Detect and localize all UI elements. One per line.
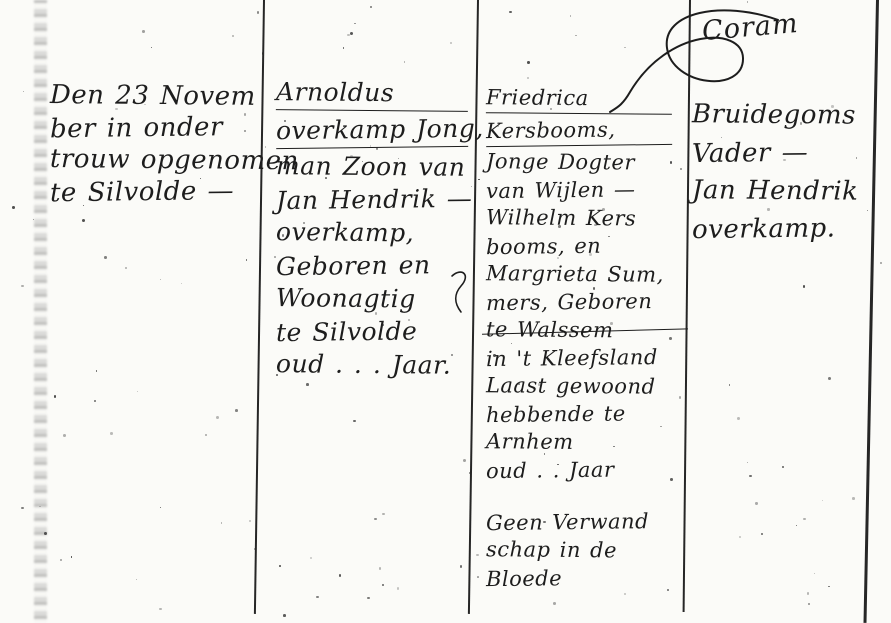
scan-speck: [463, 459, 466, 462]
scan-speck: [282, 234, 285, 237]
scan-speck: [803, 285, 805, 287]
scan-speck: [679, 396, 681, 398]
handwritten-line: Wilhelm Kers: [486, 203, 672, 233]
document-page: Den 23 November in ondertrouw opgenoment…: [0, 0, 891, 623]
scan-speck: [610, 322, 613, 325]
scan-speck: [426, 369, 428, 371]
scan-speck: [249, 520, 251, 522]
scan-speck: [181, 283, 183, 285]
scan-speck: [749, 475, 751, 477]
handwritten-line: te Silvolde —: [50, 175, 265, 210]
scan-speck: [796, 525, 797, 526]
scan-speck: [460, 565, 462, 567]
handwritten-line: mers, Geboren: [486, 287, 672, 317]
scan-speck: [137, 391, 138, 392]
scan-speck: [729, 384, 730, 385]
scan-speck: [63, 434, 66, 437]
scan-speck: [370, 6, 372, 8]
scan-speck: [737, 417, 740, 420]
handwritten-line: Bloede: [486, 563, 672, 593]
scan-speck: [553, 602, 556, 605]
scan-speck: [822, 500, 823, 501]
handwritten-line: Jonge Dogter: [486, 147, 672, 177]
scan-speck: [669, 337, 672, 340]
scan-speck: [205, 434, 207, 436]
scan-speck: [680, 168, 682, 170]
handwritten-line: van Wijlen —: [486, 175, 672, 205]
scan-speck: [279, 565, 281, 567]
scan-speck: [82, 219, 85, 222]
scan-speck: [257, 11, 260, 14]
scan-speck: [880, 262, 882, 264]
scan-speck: [379, 567, 382, 570]
scan-speck: [404, 61, 405, 62]
scan-speck: [125, 267, 128, 270]
scan-speck: [60, 559, 62, 561]
handwritten-line: oud . . Jaar: [486, 455, 672, 485]
scan-speck: [33, 219, 34, 220]
scan-speck: [325, 177, 327, 179]
scan-speck: [747, 462, 748, 463]
scan-speck: [353, 420, 355, 422]
scan-speck: [343, 47, 345, 49]
scan-speck: [509, 11, 512, 14]
handwritten-line: schap in de: [486, 535, 672, 565]
scan-speck: [477, 576, 479, 578]
scan-speck: [306, 383, 309, 386]
scan-speck: [558, 225, 561, 228]
scan-speck: [96, 370, 98, 372]
scan-speck: [151, 47, 152, 48]
scan-speck: [624, 47, 625, 48]
scan-speck: [828, 586, 830, 588]
scan-speck: [23, 91, 24, 92]
scan-speck: [511, 343, 512, 344]
scan-speck: [397, 587, 399, 589]
scan-speck: [54, 395, 56, 397]
scan-speck: [493, 354, 496, 357]
handwritten-line: Den 23 Novem: [50, 79, 265, 113]
handwritten-line: Geboren en: [276, 248, 468, 283]
scan-speck: [747, 1, 748, 2]
scan-speck: [136, 579, 137, 580]
handwritten-line: Friedrica: [486, 83, 672, 115]
scan-speck: [159, 608, 162, 611]
handwritten-line: in 't Kleefsland: [486, 343, 672, 373]
scan-speck: [450, 42, 452, 44]
handwritten-line: man Zoon van: [276, 149, 468, 184]
scan-speck: [670, 161, 673, 164]
scan-speck: [382, 513, 385, 516]
handwritten-line: oud . . . Jaar.: [276, 347, 468, 382]
scan-speck: [584, 243, 586, 245]
scan-speck: [782, 466, 784, 468]
scan-speck: [382, 324, 384, 326]
scan-speck: [476, 554, 479, 557]
handwritten-line: Jan Hendrik —: [276, 182, 468, 217]
scan-speck: [594, 224, 596, 226]
handwritten-line: Woonagtig: [276, 281, 468, 316]
scan-speck: [600, 465, 601, 466]
scan-speck: [739, 536, 742, 539]
scan-speck: [110, 432, 113, 435]
scan-speck: [867, 210, 868, 211]
scan-speck: [115, 108, 117, 110]
scan-speck: [160, 279, 161, 280]
scan-speck: [362, 161, 363, 162]
coram-heading: Coram: [701, 8, 800, 47]
scan-speck: [142, 30, 145, 33]
scan-speck: [761, 533, 763, 535]
scan-speck: [382, 584, 384, 586]
scan-speck: [374, 518, 377, 521]
handwritten-line: overkamp.: [692, 209, 874, 249]
scan-speck: [44, 532, 47, 535]
handwritten-line: Vader —: [692, 133, 874, 173]
handwritten-line: te Walssem: [486, 315, 672, 345]
scan-speck: [767, 208, 769, 210]
handwritten-line: Arnhem: [486, 427, 672, 457]
scan-speck: [376, 147, 378, 149]
scan-speck: [12, 206, 15, 209]
binding-gutter-shadow: [34, 0, 47, 623]
scan-speck: [846, 180, 847, 181]
scan-speck: [274, 256, 276, 258]
handwritten-line: Arnoldus: [276, 75, 468, 112]
handwritten-line: [486, 483, 672, 509]
scan-speck: [316, 596, 318, 598]
scan-speck: [384, 93, 386, 95]
scan-speck: [814, 573, 815, 574]
scan-speck: [216, 416, 219, 419]
handwritten-line: Bruidegoms: [692, 95, 874, 135]
column-divider-line: [683, 0, 691, 612]
scan-speck: [310, 557, 312, 559]
scan-speck: [602, 208, 605, 211]
column-divider-line: [863, 0, 879, 623]
scan-speck: [104, 256, 107, 259]
scan-speck: [624, 593, 626, 595]
column-groom-details: Arnoldusoverkamp Jong,man Zoon vanJan He…: [276, 76, 468, 381]
handwritten-line: Kersbooms,: [486, 115, 672, 147]
scan-speck: [276, 374, 278, 376]
handwritten-line: trouw opgenomen: [50, 143, 265, 177]
handwritten-line: Jan Hendrik: [692, 171, 874, 211]
handwritten-line: te Silvolde: [276, 314, 468, 349]
handwritten-line: hebbende te: [486, 399, 672, 429]
scan-speck: [589, 253, 592, 256]
scan-speck: [94, 400, 96, 402]
scan-speck: [339, 574, 342, 577]
scan-speck: [557, 257, 559, 259]
scan-speck: [852, 497, 855, 500]
scan-speck: [803, 518, 806, 521]
scan-speck: [235, 409, 238, 412]
scan-speck: [575, 35, 577, 37]
handwritten-line: Laast gewoond: [486, 371, 672, 401]
scan-speck: [221, 522, 223, 524]
scan-speck: [283, 614, 286, 617]
scan-speck: [755, 502, 757, 504]
scan-speck: [160, 507, 161, 508]
column-registration-date: Den 23 November in ondertrouw opgenoment…: [50, 80, 265, 208]
scan-speck: [538, 383, 541, 386]
scan-speck: [350, 32, 353, 35]
scan-speck: [828, 377, 831, 380]
scan-speck: [21, 507, 23, 509]
scan-speck: [550, 108, 551, 109]
handwritten-line: booms, en: [486, 231, 672, 261]
scan-speck: [71, 556, 73, 558]
scan-speck: [568, 527, 569, 528]
scan-speck: [375, 312, 377, 314]
column-bride-details: FriedricaKersbooms,Jonge Dogtervan Wijle…: [486, 84, 672, 592]
handwritten-line: Geen Verwand: [486, 507, 672, 537]
column-divider-line: [468, 0, 479, 614]
scan-speck: [807, 592, 809, 594]
handwritten-line: overkamp,: [276, 215, 468, 250]
scan-speck: [670, 478, 673, 481]
column-witnesses: BruidegomsVader —Jan Hendrikoverkamp.: [692, 96, 874, 248]
scan-speck: [246, 259, 247, 260]
scan-speck: [808, 603, 810, 605]
scan-speck: [527, 77, 529, 79]
scan-speck: [478, 179, 480, 181]
scan-speck: [451, 354, 453, 356]
handwritten-line: overkamp Jong,: [276, 112, 468, 149]
scan-speck: [660, 426, 661, 427]
scan-speck: [367, 597, 370, 600]
scan-speck: [21, 285, 23, 287]
scan-speck: [350, 155, 353, 158]
handwritten-line: Margrieta Sum,: [486, 259, 672, 289]
scan-speck: [232, 35, 235, 38]
scan-speck: [831, 105, 834, 108]
scan-speck: [570, 15, 572, 17]
scan-speck: [354, 23, 356, 25]
scan-speck: [527, 61, 530, 64]
scan-speck: [408, 319, 410, 321]
handwritten-line: ber in onder: [50, 111, 265, 146]
